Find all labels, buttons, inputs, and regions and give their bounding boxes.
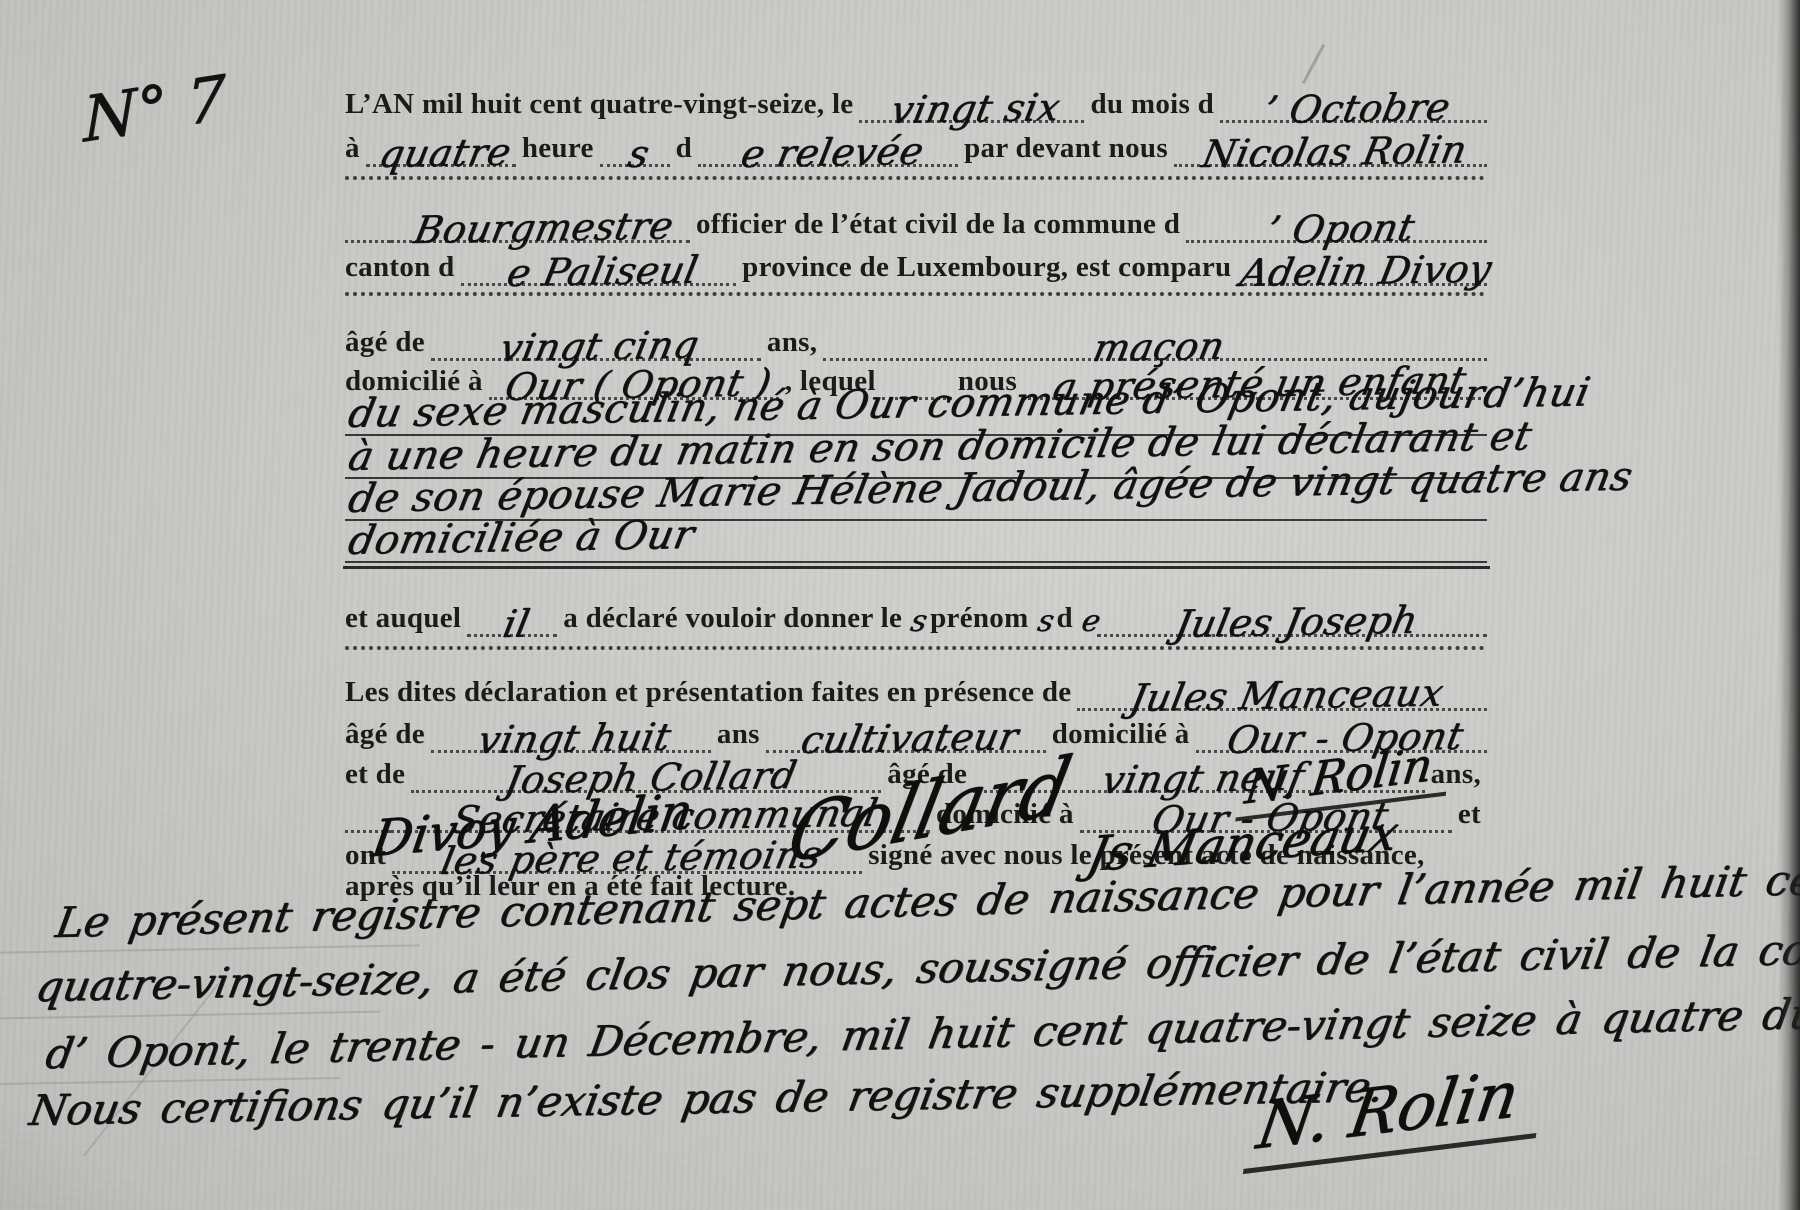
printed-month-text: du mois d (1084, 87, 1220, 123)
handwritten-text: domiciliée à Our (345, 515, 698, 561)
field-hour: quatre (366, 124, 516, 167)
field-given-names: Jules Joseph (1097, 594, 1487, 637)
handwritten-given-names: Jules Joseph (1172, 601, 1421, 643)
handwritten-officer-name: Nicolas Rolin (1199, 130, 1470, 173)
printed-devant-nous-text: par devant nous (958, 131, 1174, 167)
field-declarant-name: Adelin Divoy (1237, 243, 1487, 286)
field-witness1-age: vingt huit (431, 710, 711, 753)
printed-d-text: d (670, 131, 698, 167)
form-line-given-names: et auquel il a déclaré vouloir donner le… (345, 594, 1487, 637)
form-line-witness1: Les dites déclaration et présentation fa… (345, 668, 1487, 711)
field-month: ’ Octobre (1220, 80, 1487, 123)
solid-rule (343, 566, 1490, 569)
field-il: il (467, 594, 557, 637)
scan-scratch (1302, 44, 1325, 84)
printed-et-de-text: et de (345, 757, 411, 793)
field-witness1-name: Jules Manceaux (1077, 668, 1487, 711)
act-number: N° 7 (82, 60, 226, 156)
dotted-rule (345, 176, 1485, 180)
field-officer-title: Bourgmestre (390, 200, 690, 243)
scanned-birth-record-page: N° 7 L’AN mil huit cent quatre-vingt-sei… (0, 0, 1800, 1210)
handwritten-day: vingt six (888, 88, 1063, 129)
form-line-canton-declarant: canton d e Paliseul province de Luxembou… (345, 243, 1487, 286)
printed-auquel-text: et auquel (345, 601, 467, 637)
handwritten-canton: e Paliseul (504, 251, 701, 292)
field-officer-name: Nicolas Rolin (1174, 124, 1487, 167)
form-line-year-day-month: L’AN mil huit cent quatre-vingt-seize, l… (345, 80, 1487, 123)
printed-age-text: âgé de (345, 325, 431, 361)
handwritten-body-line-mother-domicile: domiciliée à Our (345, 521, 1487, 563)
form-line-hour-officer: à quatre heure s d e relevée par devant … (345, 124, 1487, 167)
form-line-title-commune: Bourgmestre officier de l’état civil de … (345, 200, 1487, 243)
field-canton: e Paliseul (461, 243, 737, 286)
printed-ans-text: ans, (761, 325, 823, 361)
dotted-rule (345, 646, 1485, 650)
field-declarant-age: vingt cinq (431, 318, 761, 361)
form-line-declarant-age: âgé de vingt cinq ans, maçon (345, 318, 1487, 361)
handwritten-hour: quatre (376, 133, 514, 173)
field-daypart: e relevée (698, 124, 958, 167)
handwritten-plural-s: s (625, 135, 652, 173)
printed-prenom-text: prénom (924, 601, 1034, 637)
closure-line-4: Nous certifions qu’il n’existe pas de re… (26, 1066, 1387, 1132)
printed-year-text: L’AN mil huit cent quatre-vingt-seize, l… (345, 87, 859, 123)
printed-heure-text: heure (516, 131, 600, 167)
printed-province-text: province de Luxembourg, est comparu (736, 250, 1237, 286)
printed-declare-text: a déclaré vouloir donner le (557, 601, 908, 637)
printed-presence-text: Les dites déclaration et présentation fa… (345, 675, 1077, 711)
form-line-witness1-details: âgé de vingt huit ans cultivateur domici… (345, 710, 1487, 753)
printed-ans-text: ans (711, 717, 766, 753)
handwritten-il: il (500, 605, 533, 643)
printed-a-text: à (345, 131, 366, 167)
printed-canton-text: canton d (345, 250, 461, 286)
printed-age-text: âgé de (345, 717, 431, 753)
printed-et-text: et (1452, 797, 1487, 833)
field-declarant-profession: maçon (823, 318, 1487, 361)
dotted-filler (345, 200, 390, 243)
field-heure-plural: s (600, 124, 670, 167)
field-day: vingt six (859, 80, 1084, 123)
handwritten-month: ’ Octobre (1261, 88, 1453, 129)
dotted-rule (345, 292, 1485, 296)
handwritten-declarant-name: Adelin Divoy (1237, 250, 1495, 292)
printed-civil-officer-text: officier de l’état civil de la commune d (690, 207, 1186, 243)
field-witness1-profession: cultivateur (766, 710, 1046, 753)
field-commune: ’ Opont (1186, 200, 1487, 243)
handwritten-daypart: e relevée (738, 132, 927, 173)
scan-page-edge (1778, 0, 1800, 1210)
